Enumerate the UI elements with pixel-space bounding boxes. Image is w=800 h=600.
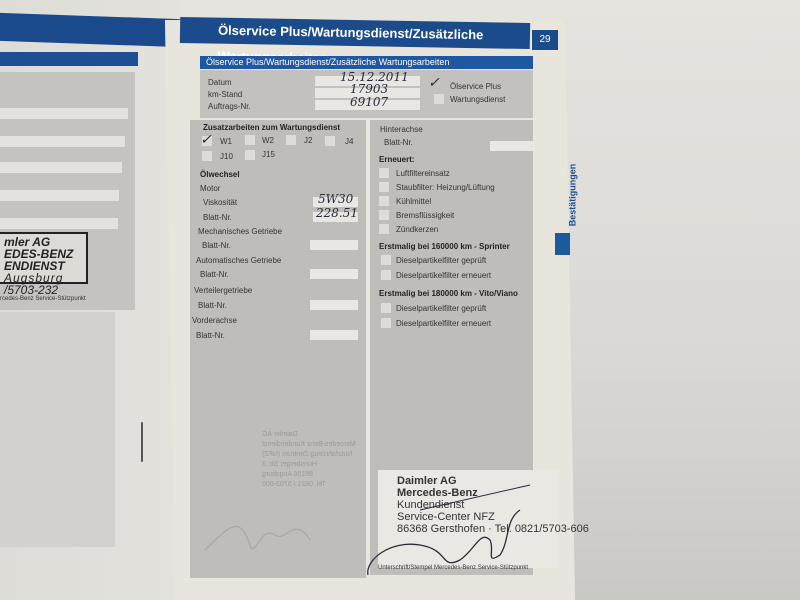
kuehlmittel-checkbox[interactable] — [379, 196, 389, 206]
bleed-through-signature — [200, 505, 320, 565]
j10-label: J10 — [220, 152, 233, 161]
left-form-field — [0, 218, 118, 229]
j15-checkbox[interactable] — [245, 150, 255, 160]
luftfilter-checkbox[interactable] — [379, 168, 389, 178]
viskositaet-value: 5W30 — [318, 192, 353, 206]
j2-checkbox[interactable] — [286, 135, 296, 145]
motor-blatt-nr-value: 228.51 — [316, 206, 358, 220]
km-stand-value: 17903 — [350, 82, 388, 96]
vorderachse-blatt-label: Blatt-Nr. — [196, 331, 225, 340]
w1-checkmark-icon: ✓ — [200, 132, 212, 148]
viskositaet-label: Viskosität — [203, 198, 237, 207]
staple — [141, 422, 143, 462]
left-stamp-caption: rcedes-Benz Service-Stützpunkt — [0, 296, 86, 302]
oil-change-heading: Ölwechsel — [200, 170, 240, 179]
w2-checkbox[interactable] — [245, 135, 255, 145]
j4-checkbox[interactable] — [325, 136, 335, 146]
auto-getriebe-blatt-field[interactable] — [310, 269, 358, 279]
page-header: Ölservice Plus/Wartungsdienst/Zusätzlich… — [180, 17, 530, 49]
staubfilter-checkbox[interactable] — [379, 182, 389, 192]
left-form-field — [0, 136, 125, 147]
side-tab-marker — [555, 233, 570, 255]
hinterachse-blatt-label: Blatt-Nr. — [384, 138, 413, 147]
verteilergetriebe-label: Verteilergetriebe — [194, 286, 252, 295]
form-top-section: Datum km-Stand Auftrags-Nr. 15.12.2011 1… — [200, 70, 533, 118]
extra-work-heading: Zusatzarbeiten zum Wartungsdienst — [203, 123, 340, 132]
w2-label: W2 — [262, 136, 274, 145]
bremsfluessigkeit-label: Bremsflüssigkeit — [396, 211, 454, 220]
auftrags-nr-label: Auftrags-Nr. — [208, 102, 251, 111]
stamp-caption: Unterschrift/Stempel Mercedes-Benz Servi… — [378, 565, 528, 571]
oelservice-plus-label: Ölservice Plus — [450, 82, 501, 91]
side-tab-bestaetigungen: Bestätigungen — [567, 164, 577, 227]
motor-blatt-nr-label: Blatt-Nr. — [203, 213, 232, 222]
bleed-through-stamp: Daimler AGMercedes-Benz KundendienstNutz… — [262, 430, 356, 490]
hinterachse-blatt-field[interactable] — [490, 141, 535, 151]
wartungsdienst-checkbox[interactable] — [434, 94, 444, 104]
j15-label: J15 — [262, 150, 275, 159]
sprinter-dpf-checked-checkbox[interactable] — [381, 255, 391, 265]
form-title: Ölservice Plus/Wartungsdienst/Zusätzlich… — [200, 56, 533, 69]
j4-label: J4 — [345, 137, 353, 146]
auftrags-nr-value: 69107 — [350, 95, 388, 109]
mech-getriebe-blatt-field[interactable] — [310, 240, 358, 250]
renewed-heading: Erneuert: — [379, 155, 415, 164]
stamp-line: /5703-232 — [4, 284, 82, 296]
left-form-field — [0, 190, 119, 201]
w1-label: W1 — [220, 137, 232, 146]
verteilergetriebe-blatt-label: Blatt-Nr. — [198, 301, 227, 310]
luftfilter-label: Luftfiltereinsatz — [396, 169, 450, 178]
oelservice-checkmark-icon: ✓ — [428, 75, 440, 91]
vito-dpf-checked-label: Dieselpartikelfilter geprüft — [396, 304, 486, 313]
motor-label: Motor — [200, 184, 220, 193]
j10-checkbox[interactable] — [202, 151, 212, 161]
vito-dpf-renewed-label: Dieselpartikelfilter erneuert — [396, 319, 491, 328]
j2-label: J2 — [304, 136, 312, 145]
sprinter-dpf-checked-label: Dieselpartikelfilter geprüft — [396, 256, 486, 265]
wartungsdienst-label: Wartungsdienst — [450, 95, 505, 104]
sprinter-heading: Erstmalig bei 160000 km - Sprinter — [379, 242, 510, 251]
page-number: 29 — [532, 30, 558, 50]
hinterachse-label: Hinterachse — [380, 125, 423, 134]
kuehlmittel-label: Kühlmittel — [396, 197, 431, 206]
mech-getriebe-label: Mechanisches Getriebe — [198, 227, 282, 236]
vorderachse-label: Vorderachse — [192, 316, 237, 325]
vorderachse-blatt-field[interactable] — [310, 330, 358, 340]
vito-heading: Erstmalig bei 180000 km - Vito/Viano — [379, 289, 518, 298]
km-stand-label: km-Stand — [208, 90, 242, 99]
bremsfluessigkeit-checkbox[interactable] — [379, 210, 389, 220]
verteilergetriebe-blatt-field[interactable] — [310, 300, 358, 310]
vito-dpf-renewed-checkbox[interactable] — [381, 318, 391, 328]
zuendkerzen-checkbox[interactable] — [379, 224, 389, 234]
left-page-form-title-bar — [0, 52, 138, 66]
left-page-lower-area — [0, 312, 115, 547]
left-form-field — [0, 162, 122, 173]
sprinter-dpf-renewed-label: Dieselpartikelfilter erneuert — [396, 271, 491, 280]
zuendkerzen-label: Zündkerzen — [396, 225, 438, 234]
auto-getriebe-blatt-label: Blatt-Nr. — [200, 270, 229, 279]
left-form-field — [0, 108, 128, 119]
datum-label: Datum — [208, 78, 232, 87]
left-dealer-stamp: mler AG EDES-BENZ ENDIENST Augsburg /570… — [0, 232, 88, 284]
vito-dpf-checked-checkbox[interactable] — [381, 303, 391, 313]
staubfilter-label: Staubfilter: Heizung/Lüftung — [396, 183, 495, 192]
mech-getriebe-blatt-label: Blatt-Nr. — [202, 241, 231, 250]
auto-getriebe-label: Automatisches Getriebe — [196, 256, 281, 265]
sprinter-dpf-renewed-checkbox[interactable] — [381, 270, 391, 280]
